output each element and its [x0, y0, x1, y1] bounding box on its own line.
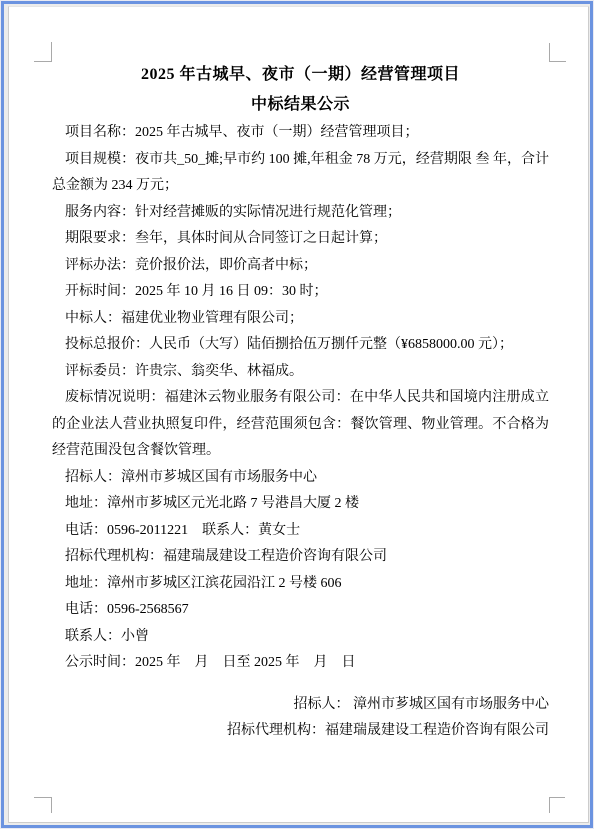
paragraph-rejected-bid-note: 废标情况说明：福建沐云物业服务有限公司：在中华人民共和国境内注册成立的企业法人营… — [52, 385, 549, 465]
paragraph-winning-bidder: 中标人：福建优业物业管理有限公司； — [52, 306, 549, 333]
paragraph-agency: 招标代理机构：福建瑞晟建设工程造价咨询有限公司 — [52, 544, 549, 571]
document-title-line-1: 2025 年古城早、夜市（一期）经营管理项目 — [52, 60, 549, 90]
paragraph-agency-address: 地址：漳州市芗城区江滨花园沿江 2 号楼 606 — [52, 571, 549, 598]
paragraph-project-scale: 项目规模：夜市共_50_摊;早市约 100 摊,年租金 78 万元，经营期限 叁… — [52, 147, 549, 200]
paragraph-project-name: 项目名称：2025 年古城早、夜市（一期）经营管理项目； — [52, 120, 549, 147]
paragraph-publicity-period: 公示时间：2025 年 月 日至 2025 年 月 日 — [52, 650, 549, 677]
signature-block: 招标人： 漳州市芗城区国有市场服务中心 招标代理机构：福建瑞晟建设工程造价咨询有… — [52, 692, 549, 745]
margin-corner-mark-bottom-right — [549, 797, 565, 813]
paragraph-bid-opening-time: 开标时间：2025 年 10 月 16 日 09：30 时； — [52, 279, 549, 306]
document-title-line-2: 中标结果公示 — [52, 90, 549, 120]
paragraph-term-requirement: 期限要求：叁年，具体时间从合同签订之日起计算； — [52, 226, 549, 253]
document-content: 2025 年古城早、夜市（一期）经营管理项目 中标结果公示 项目名称：2025 … — [52, 60, 549, 745]
paragraph-tenderer-phone: 电话：0596-2011221 联系人：黄女士 — [52, 518, 549, 545]
paragraph-tenderer: 招标人：漳州市芗城区国有市场服务中心 — [52, 465, 549, 492]
paragraph-evaluation-method: 评标办法：竞价报价法，即价高者中标； — [52, 253, 549, 280]
paragraph-tenderer-address: 地址：漳州市芗城区元光北路 7 号港昌大厦 2 楼 — [52, 491, 549, 518]
paragraph-total-bid-price: 投标总报价：人民币（大写）陆佰捌拾伍万捌仟元整（¥6858000.00 元）； — [52, 332, 549, 359]
paragraph-agency-contact: 联系人：小曾 — [52, 624, 549, 651]
margin-corner-mark-top-left — [34, 42, 52, 62]
signature-tenderer: 招标人： 漳州市芗城区国有市场服务中心 — [52, 692, 549, 719]
document-window: 2025 年古城早、夜市（一期）经营管理项目 中标结果公示 项目名称：2025 … — [0, 0, 594, 829]
margin-corner-mark-bottom-left — [34, 797, 52, 813]
margin-corner-mark-top-right — [549, 43, 566, 62]
document-body: 项目名称：2025 年古城早、夜市（一期）经营管理项目； 项目规模：夜市共_50… — [52, 120, 549, 677]
signature-agency: 招标代理机构：福建瑞晟建设工程造价咨询有限公司 — [52, 718, 549, 745]
paragraph-agency-phone: 电话：0596-2568567 — [52, 597, 549, 624]
paragraph-service-content: 服务内容：针对经营摊贩的实际情况进行规范化管理； — [52, 200, 549, 227]
paragraph-evaluation-committee: 评标委员：许贵宗、翁奕华、林福成。 — [52, 359, 549, 386]
